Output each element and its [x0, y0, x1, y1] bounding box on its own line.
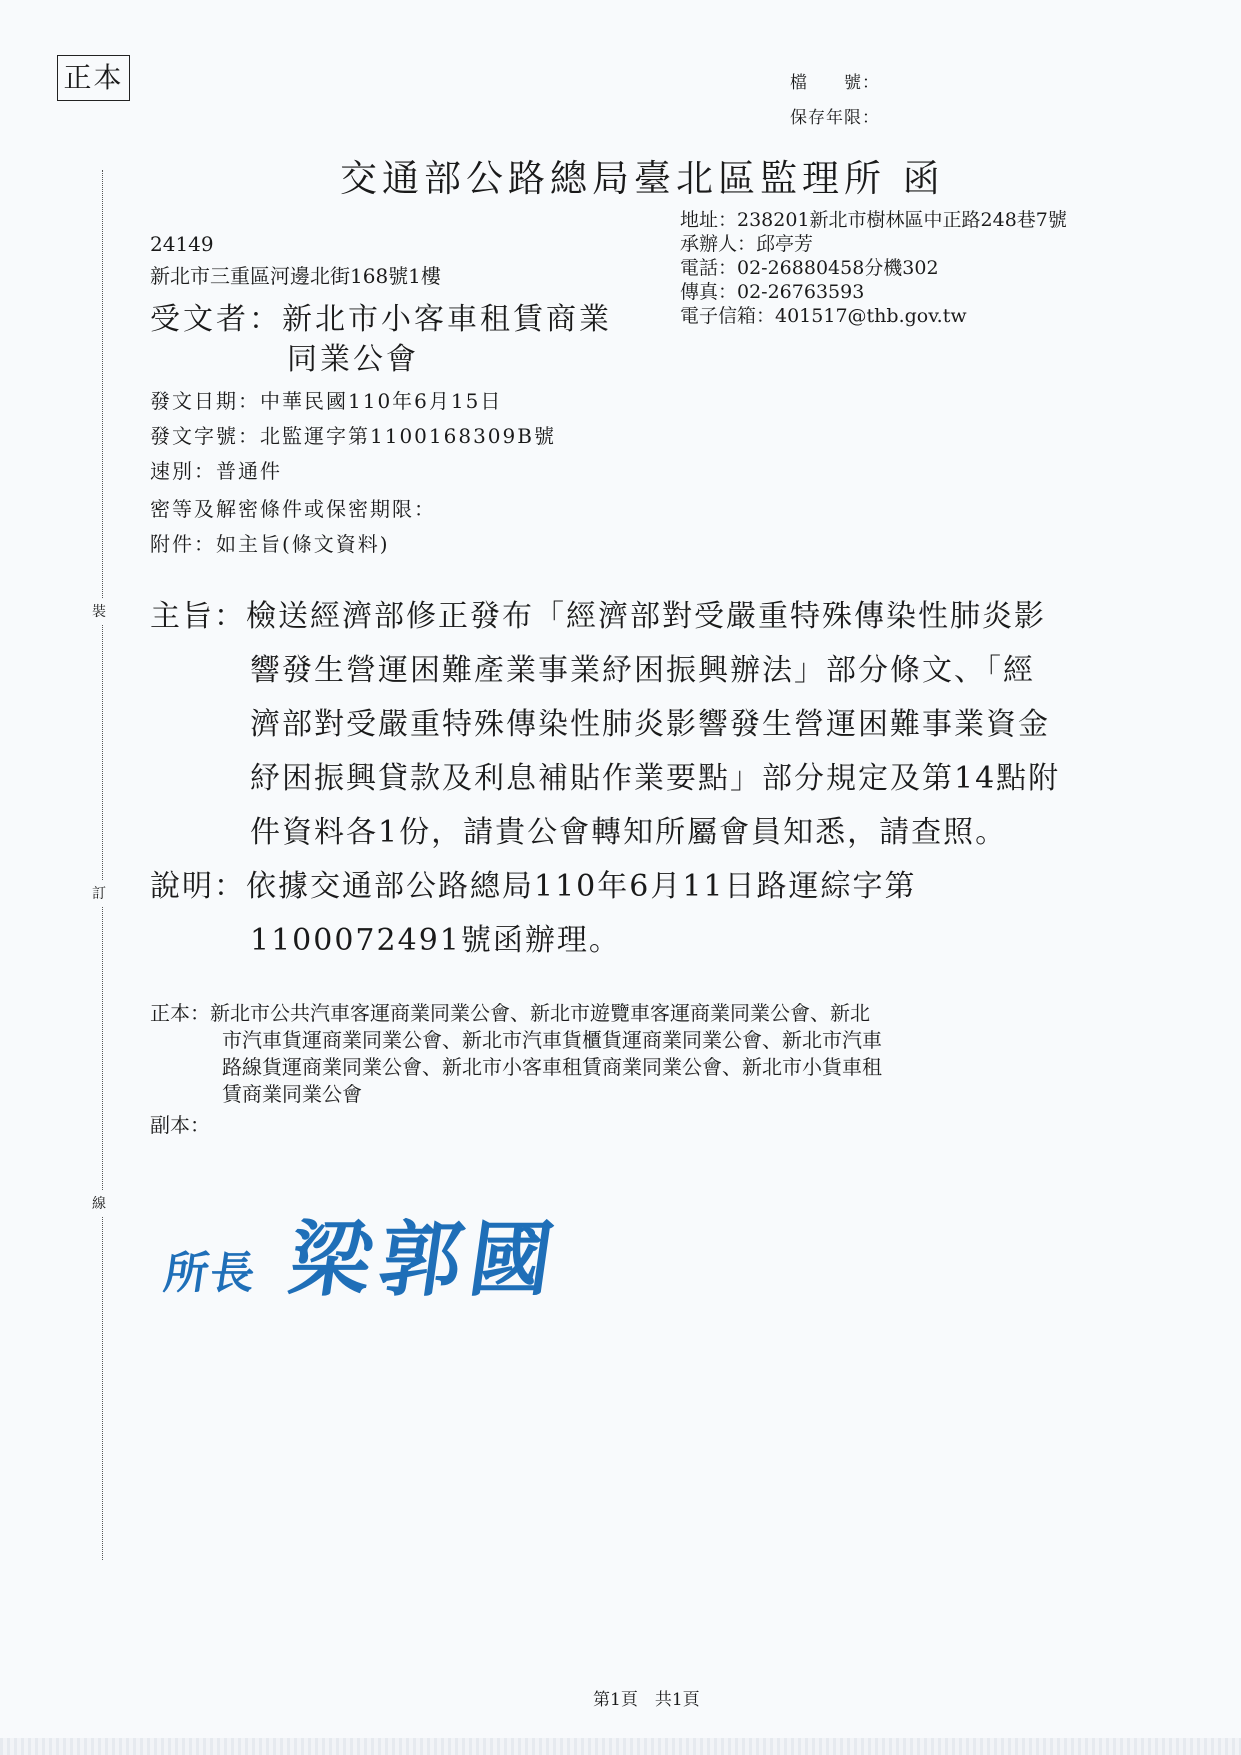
subject-line: 件資料各1份，請貴公會轉知所屬會員知悉，請查照。 — [150, 806, 1090, 860]
retention-label: 保存年限： — [790, 103, 880, 128]
delivery-speed: 速別：普通件 — [150, 455, 282, 484]
scan-edge — [0, 1738, 1241, 1755]
document-title: 交通部公路總局臺北區監理所 函 — [340, 148, 945, 202]
subject-line: 響發生營運困難產業事業紓困振興辦法」部分條文、「經 — [150, 644, 1090, 698]
page-number: 第1頁 共1頁 — [593, 1685, 700, 1710]
original-recipients-line: 賃商業同業公會 — [150, 1081, 1080, 1108]
file-number-label: 檔 號： — [790, 68, 880, 93]
subject-label: 主旨： — [150, 590, 246, 644]
secrecy-level: 密等及解密條件或保密期限： — [150, 493, 436, 522]
recipient: 受文者：新北市小客車租賃商業 同業公會 — [150, 300, 612, 380]
recipient-line-1: 受文者：新北市小客車租賃商業 — [150, 302, 612, 337]
distribution-section: 正本：新北市公共汽車客運商業同業公會、新北市遊覽車客運商業同業公會、新北 市汽車… — [150, 1000, 1080, 1139]
recipient-address: 新北市三重區河邊北街168號1樓 — [150, 260, 441, 289]
attachment: 附件：如主旨(條文資料) — [150, 528, 390, 557]
original-recipients-line: 新北市公共汽車客運商業同業公會、新北市遊覽車客運商業同業公會、新北 — [210, 1001, 870, 1025]
binding-mark-xian: 線 — [92, 1190, 106, 1216]
explanation-line: 1100072491號函辦理。 — [150, 914, 1090, 968]
binding-line — [102, 170, 103, 1560]
original-recipients-line: 市汽車貨運商業同業公會、新北市汽車貨櫃貨運商業同業公會、新北市汽車 — [150, 1027, 1080, 1054]
original-recipients-line: 路線貨運商業同業公會、新北市小客車租賃商業同業公會、新北市小貨車租 — [150, 1054, 1080, 1081]
signature-name: 梁郭國 — [282, 1195, 568, 1312]
subject-line: 濟部對受嚴重特殊傳染性肺炎影響發生營運困難事業資金 — [150, 698, 1090, 752]
original-recipients-label: 正本： — [150, 1001, 210, 1025]
explanation-label: 說明： — [150, 860, 246, 914]
subject-line: 紓困振興貸款及利息補貼作業要點」部分規定及第14點附 — [150, 752, 1090, 806]
signature: 所長 梁郭國 — [165, 1195, 561, 1312]
sender-phone: 電話：02-26880458分機302 — [680, 256, 1067, 280]
binding-mark-ding: 訂 — [92, 880, 106, 906]
recipient-zip: 24149 — [150, 232, 214, 256]
copy-type-stamp: 正本 — [57, 55, 130, 101]
explanation-line: 依據交通部公路總局110年6月11日路運綜字第 — [246, 869, 917, 904]
recipient-line-2: 同業公會 — [150, 340, 612, 380]
subject-line: 檢送經濟部修正發布「經濟部對受嚴重特殊傳染性肺炎影 — [246, 599, 1046, 634]
issue-date: 發文日期：中華民國110年6月15日 — [150, 385, 502, 414]
binding-mark-zhuang: 裝 — [92, 598, 106, 624]
sender-address: 地址：238201新北市樹林區中正路248巷7號 — [680, 208, 1067, 232]
document-number: 發文字號：北監運字第1100168309B號 — [150, 420, 556, 449]
copy-recipients-label: 副本： — [150, 1112, 1080, 1139]
sender-handler: 承辦人：邱亭芳 — [680, 232, 1067, 256]
sender-contact: 地址：238201新北市樹林區中正路248巷7號 承辦人：邱亭芳 電話：02-2… — [680, 208, 1067, 328]
signature-title: 所長 — [161, 1237, 262, 1301]
subject-section: 主旨：檢送經濟部修正發布「經濟部對受嚴重特殊傳染性肺炎影 響發生營運困難產業事業… — [150, 590, 1090, 860]
sender-email: 電子信箱：401517@thb.gov.tw — [680, 304, 1067, 328]
explanation-section: 說明：依據交通部公路總局110年6月11日路運綜字第 1100072491號函辦… — [150, 860, 1090, 968]
sender-fax: 傳真：02-26763593 — [680, 280, 1067, 304]
